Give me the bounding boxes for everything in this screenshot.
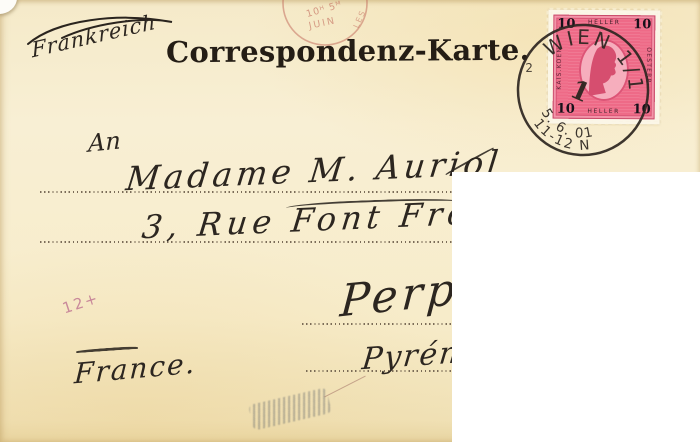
address-country: France. [73, 347, 197, 391]
pencil-smudge [248, 387, 332, 430]
stamp-perforation-top [548, 8, 660, 14]
address-city: Perp [339, 263, 461, 327]
wien-postmark-center-numeral: 1 [566, 75, 595, 110]
pencil-smudge-tail [324, 376, 365, 398]
arrival-postmark-edge-letters: LES [352, 8, 368, 29]
wien-postmark-district: 2 [525, 61, 533, 75]
address-line1: Madame M. Auriol [124, 143, 504, 199]
pencil-price-mark: 12+ [60, 289, 101, 318]
wien-postmark: WIEN 1/1 2 1 5. 6. 01 11-12 N [508, 15, 658, 165]
address-dotted-line-3 [302, 323, 462, 325]
postcard-scan-image: Frankreich Correspondenz-Karte. 10ᴴ 5ᴹ J… [0, 0, 700, 442]
handwriting-frankreich: Frankreich [18, 6, 188, 68]
white-crop-area [452, 172, 700, 442]
address-intro: An [88, 126, 121, 158]
arrival-postmark: 10ᴴ 5ᴹ JUIN LES [270, 0, 380, 58]
page-curl [0, 0, 17, 14]
